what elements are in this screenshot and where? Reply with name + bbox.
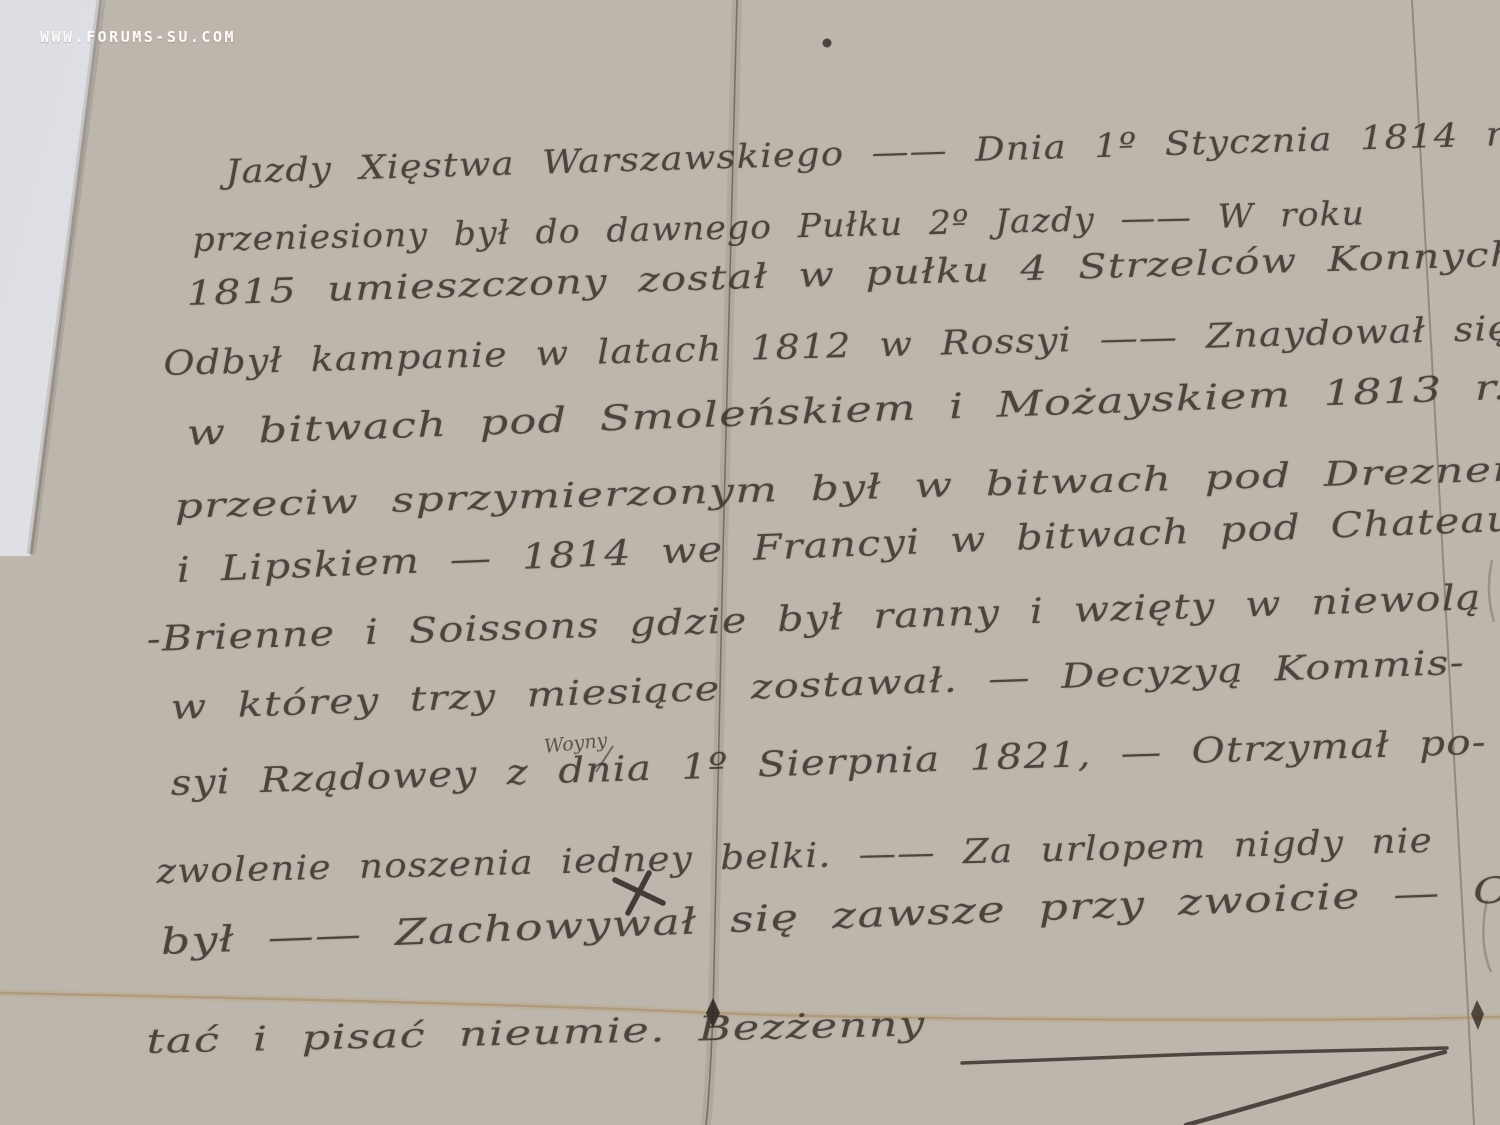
document-photo: Jazdy Xięstwa Warszawskiego —— Dnia 1º S… xyxy=(0,0,1500,1125)
watermark-text: WWW.FORUMS-SU.COM xyxy=(40,28,236,46)
